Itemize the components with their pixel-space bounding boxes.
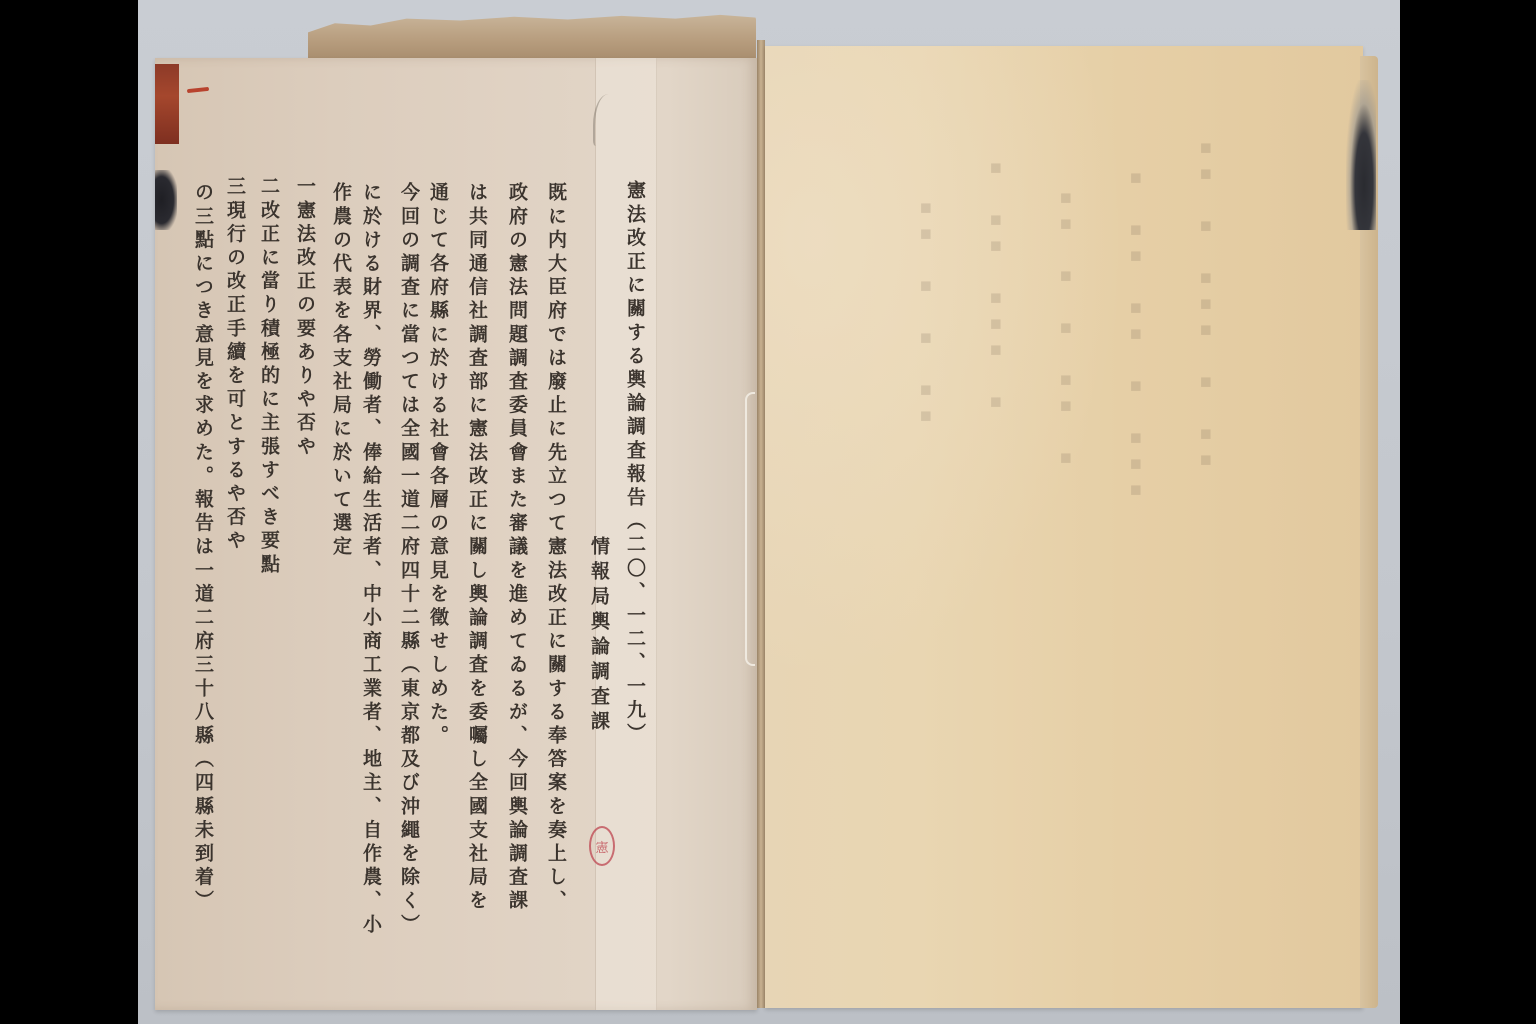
show-through-text: ▪▪ ▪ ▪ ▪▪ ▪	[1055, 186, 1077, 472]
body-line-1: 既に内大臣府では廢止に先立つて憲法改正に關する奉答案を奏上し、	[546, 182, 565, 914]
show-through-text: ▪▪ ▪ ▪ ▪▪	[915, 196, 937, 430]
document-title: 憲法改正に關する輿論調査報告（二〇、一二、一九）	[625, 180, 644, 746]
list-item-2: 二改正に當り積極的に主張すべき要點	[259, 176, 278, 577]
body-line-6: に於ける財界、勞働者、俸給生活者、中小商工業者、地主、自作農、小	[361, 182, 380, 937]
body-line-closing: の三點につき意見を求めた。報告は一道二府三十八縣（四縣未到着）	[193, 182, 212, 914]
page-marker-red-pencil	[187, 87, 209, 93]
ink-stain-right	[1346, 80, 1376, 230]
list-item-3: 三現行の改正手續を可とするや否や	[225, 176, 244, 554]
body-line-3: は共同通信社調査部に憲法改正に關し輿論調査を委囑し全國支社局を	[467, 182, 486, 914]
body-line-2: 政府の憲法問題調査委員會また審議を進めてゐるが、今回輿論調査課	[507, 182, 526, 914]
left-page: 憲法改正に關する輿論調査報告（二〇、一二、一九） 情報局輿論調査課 憲 既に内大…	[155, 58, 757, 1010]
show-through-text: ▪ ▪▪ ▪▪▪ ▪	[985, 156, 1007, 416]
red-binding-tab	[155, 64, 179, 144]
list-item-1: 一憲法改正の要ありや否や	[295, 176, 314, 459]
author-department: 情報局輿論調査課	[589, 536, 608, 736]
show-through-text: ▪ ▪▪ ▪▪ ▪ ▪▪▪	[1125, 166, 1147, 504]
body-line-5: 今回の調査に當つては全國一道二府四十二縣（東京都及び沖繩を除く）	[399, 182, 418, 937]
body-line-4: 通じて各府縣に於ける社會各層の意見を徵せしめた。	[428, 182, 447, 748]
right-page: ▪▪ ▪ ▪▪▪ ▪ ▪▪ ▪ ▪▪ ▪▪ ▪ ▪▪▪ ▪▪ ▪ ▪ ▪▪ ▪ …	[765, 46, 1363, 1008]
show-through-text: ▪▪ ▪ ▪▪▪ ▪ ▪▪	[1195, 136, 1217, 474]
binding-thread	[745, 392, 755, 666]
body-line-7: 作農の代表を各支社局に於いて選定	[331, 182, 350, 560]
pencil-scribble	[593, 94, 619, 146]
red-seal-stamp: 憲	[589, 826, 615, 866]
ink-stain-left	[155, 170, 177, 230]
book-spine-gutter	[757, 40, 765, 1008]
